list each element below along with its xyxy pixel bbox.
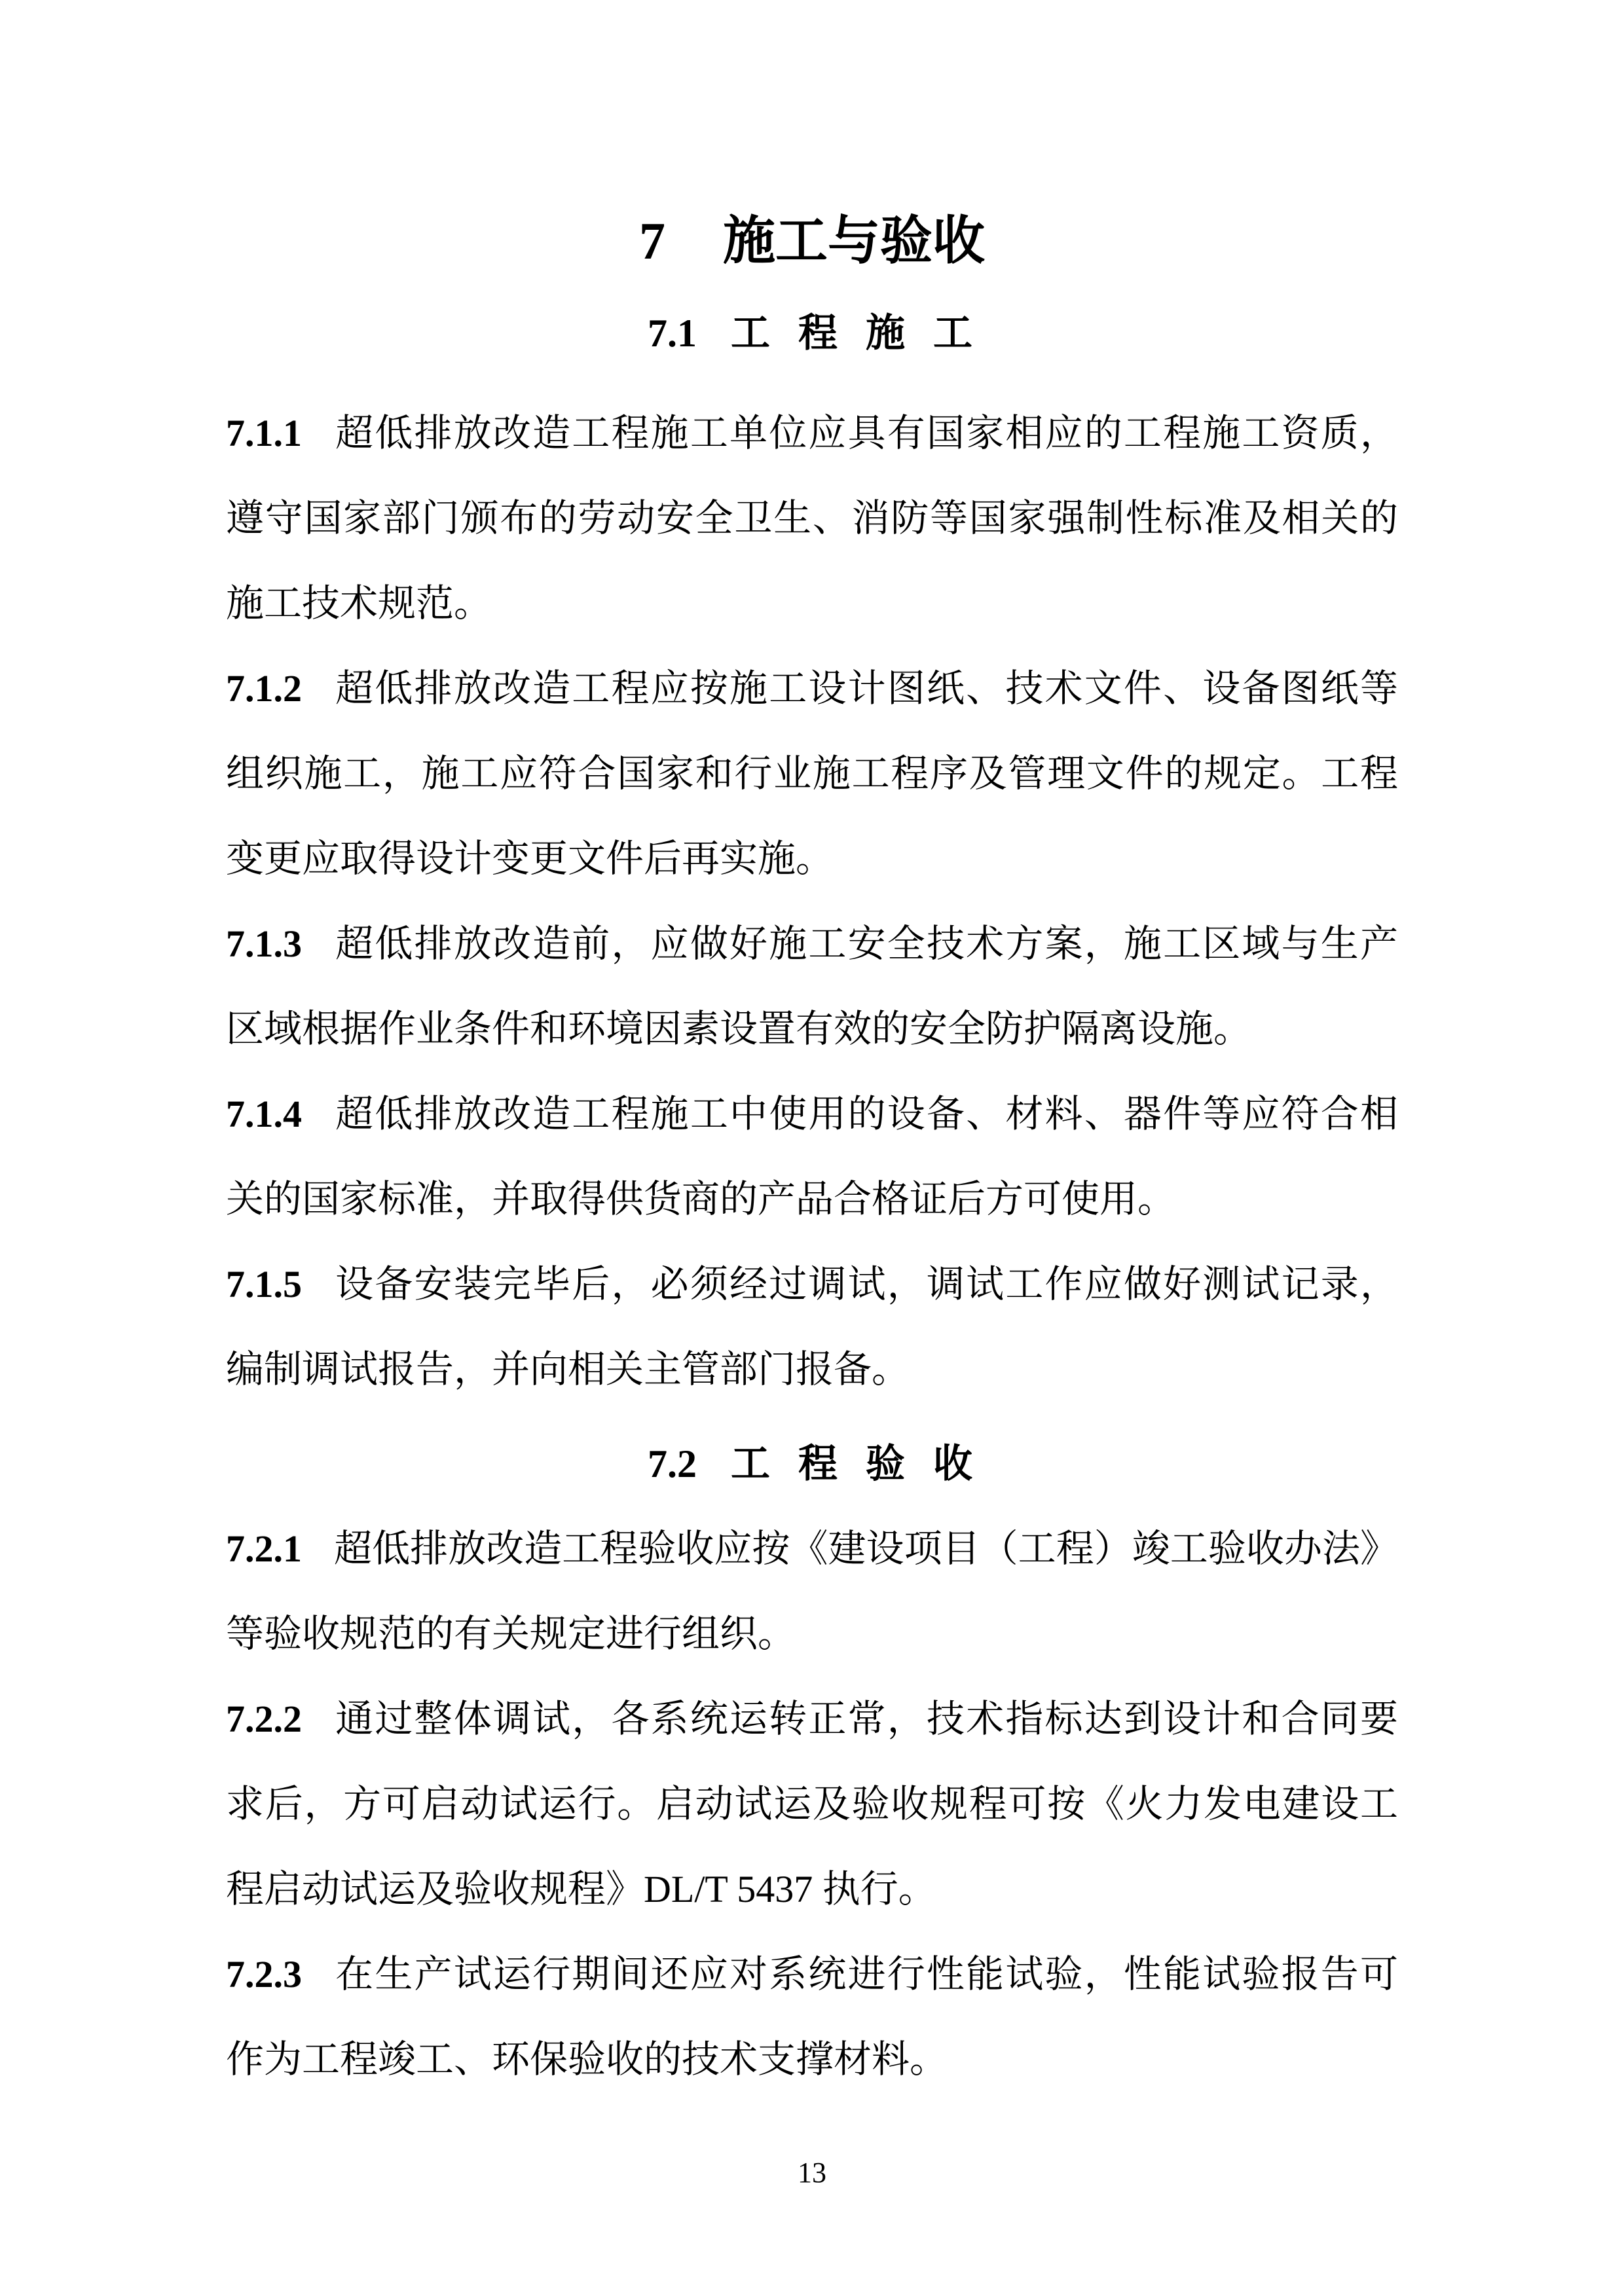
paragraph-line: 程启动试运及验收规程》DL/T 5437 执行。 — [226, 1847, 1398, 1932]
paragraph-number: 7.1.5 — [226, 1242, 334, 1327]
paragraph-line: 7.2.2通过整体调试，各系统运转正常，技术指标达到设计和合同要 — [226, 1677, 1398, 1762]
paragraph-number: 7.1.3 — [226, 902, 334, 987]
paragraph-text: 设备安装完毕后，必须经过调试，调试工作应做好测试记录， — [334, 1263, 1398, 1305]
paragraph-number: 7.2.3 — [226, 1932, 334, 2017]
paragraph-line: 关的国家标准，并取得供货商的产品合格证后方可使用。 — [226, 1157, 1398, 1242]
paragraph-line: 编制调试报告，并向相关主管部门报备。 — [226, 1327, 1398, 1412]
paragraph-text: 超低排放改造工程施工中使用的设备、材料、器件等应符合相 — [334, 1093, 1398, 1135]
section-number: 7.1 — [648, 312, 697, 355]
paragraph-text: 超低排放改造前，应做好施工安全技术方案，施工区域与生产 — [334, 922, 1398, 965]
paragraph-number: 7.1.4 — [226, 1072, 334, 1157]
chapter-number: 7 — [639, 213, 665, 270]
paragraph-line: 7.1.3超低排放改造前，应做好施工安全技术方案，施工区域与生产 — [226, 902, 1398, 987]
paragraph-text: 在生产试运行期间还应对系统进行性能试验，性能试验报告可 — [334, 1953, 1398, 1995]
paragraph-line: 遵守国家部门颁布的劳动安全卫生、消防等国家强制性标准及相关的 — [226, 476, 1398, 561]
section-number: 7.2 — [648, 1442, 697, 1485]
paragraph-line: 7.2.3在生产试运行期间还应对系统进行性能试验，性能试验报告可 — [226, 1932, 1398, 2017]
paragraph-line: 等验收规范的有关规定进行组织。 — [226, 1592, 1398, 1677]
section-title: 工 程 施 工 — [731, 312, 976, 355]
paragraph-text: 超低排放改造工程应按施工设计图纸、技术文件、设备图纸等 — [334, 667, 1398, 710]
section-heading-7-1: 7.1工 程 施 工 — [226, 301, 1398, 366]
paragraph-line: 7.1.4超低排放改造工程施工中使用的设备、材料、器件等应符合相 — [226, 1072, 1398, 1157]
page-number: 13 — [226, 2153, 1398, 2193]
paragraph-text: 超低排放改造工程验收应按《建设项目（工程）竣工验收办法》 — [334, 1527, 1398, 1570]
section-title: 工 程 验 收 — [731, 1442, 976, 1485]
paragraph-number: 7.1.2 — [226, 646, 334, 731]
section-7-2-paragraphs: 7.2.1超低排放改造工程验收应按《建设项目（工程）竣工验收办法》 等验收规范的… — [226, 1506, 1398, 2102]
paragraph-line: 求后，方可启动试运行。启动试运及验收规程可按《火力发电建设工 — [226, 1762, 1398, 1847]
paragraph-number: 7.1.1 — [226, 391, 334, 476]
paragraph-line: 作为工程竣工、环保验收的技术支撑材料。 — [226, 2017, 1398, 2102]
paragraph-line: 7.1.5设备安装完毕后，必须经过调试，调试工作应做好测试记录， — [226, 1242, 1398, 1327]
paragraph-line: 7.2.1超低排放改造工程验收应按《建设项目（工程）竣工验收办法》 — [226, 1506, 1398, 1592]
section-heading-7-2: 7.2工 程 验 收 — [226, 1431, 1398, 1497]
chapter-heading: 7施工与验收 — [226, 208, 1398, 274]
paragraph-line: 区域根据作业条件和环境因素设置有效的安全防护隔离设施。 — [226, 987, 1398, 1072]
document-page: 7施工与验收 7.1工 程 施 工 7.1.1超低排放改造工程施工单位应具有国家… — [0, 0, 1624, 2296]
paragraph-line: 7.1.2超低排放改造工程应按施工设计图纸、技术文件、设备图纸等 — [226, 646, 1398, 731]
chapter-title: 施工与验收 — [723, 211, 985, 270]
paragraph-line: 7.1.1超低排放改造工程施工单位应具有国家相应的工程施工资质， — [226, 391, 1398, 476]
paragraph-number: 7.2.1 — [226, 1506, 334, 1592]
paragraph-line: 施工技术规范。 — [226, 561, 1398, 646]
paragraph-text: 通过整体调试，各系统运转正常，技术指标达到设计和合同要 — [334, 1698, 1398, 1740]
paragraph-number: 7.2.2 — [226, 1677, 334, 1762]
paragraph-text: 超低排放改造工程施工单位应具有国家相应的工程施工资质， — [334, 412, 1398, 454]
paragraph-line: 变更应取得设计变更文件后再实施。 — [226, 816, 1398, 902]
section-7-1-paragraphs: 7.1.1超低排放改造工程施工单位应具有国家相应的工程施工资质， 遵守国家部门颁… — [226, 391, 1398, 1412]
document-content: 7施工与验收 7.1工 程 施 工 7.1.1超低排放改造工程施工单位应具有国家… — [226, 208, 1398, 2193]
paragraph-line: 组织施工，施工应符合国家和行业施工程序及管理文件的规定。工程 — [226, 731, 1398, 816]
